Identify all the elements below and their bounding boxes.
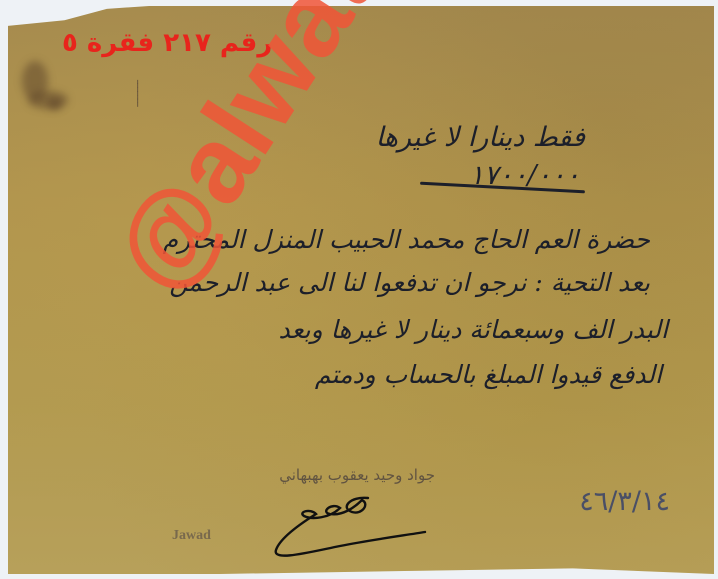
stain [48, 98, 62, 110]
amount-number: ١٧٠٠/٠٠٠ [250, 160, 580, 191]
body-line-4: الدفع قيدوا المبلغ بالحساب ودمتم [100, 360, 662, 389]
margin-faint-note: ـــــــ [133, 80, 148, 107]
stamp-name-latin: Jawad [172, 528, 211, 544]
body-line-3: البدر الف وسبعمائة دينار لا غيرها وبعد [28, 315, 668, 344]
date: ٤٦/٣/١٤ [510, 486, 670, 517]
signature-icon [270, 490, 470, 565]
stamp-name-arabic: جواد وحيد يعقوب بهبهاني [215, 466, 435, 484]
body-line-2: بعد التحية : نرجو ان تدفعوا لنا الى عبد … [30, 268, 650, 297]
